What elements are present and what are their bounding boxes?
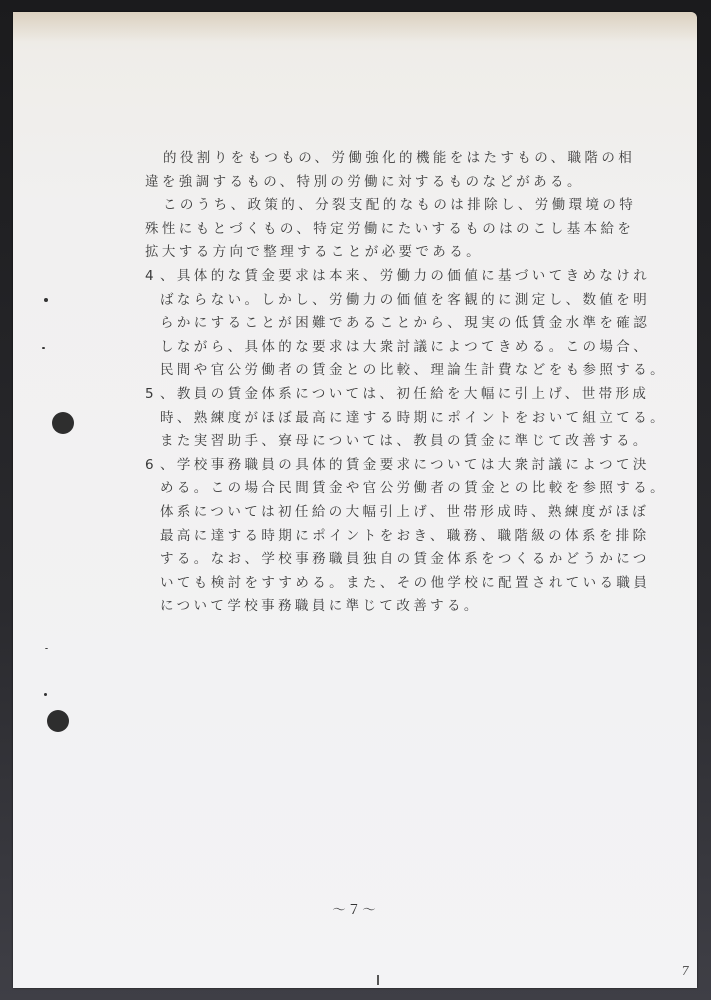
- text-line: らかにすることが困難であることから、現実の低賃金水準を確認: [145, 312, 665, 336]
- text-line: 最高に達する時期にポイントをおき、職務、職階級の体系を排除: [145, 525, 665, 549]
- text-line: ばならない。しかし、労働力の価値を客観的に測定し、数値を明: [145, 289, 665, 313]
- paper-speck: [44, 693, 47, 696]
- numbered-item-6: 6、学校事務職員の具体的賃金要求については大衆討議によつて決: [145, 454, 665, 478]
- text-line: 、学校事務職員の具体的賃金要求については大衆討議によつて決: [160, 457, 650, 473]
- text-line: また実習助手、寮母については、教員の賃金に準じて改善する。: [145, 430, 665, 454]
- text-line: いても検討をすすめる。また、その他学校に配置されている職員: [145, 572, 665, 596]
- text-line: 殊性にもとづくもの、特定労働にたいするものはのこし基本給を: [145, 218, 665, 242]
- paper-speck: [45, 648, 48, 649]
- text-line: める。この場合民間賃金や官公労働者の賃金との比較を参照する。: [145, 477, 665, 501]
- text-line: 違を強調するもの、特別の労働に対するものなどがある。: [145, 171, 665, 195]
- text-line: について学校事務職員に準じて改善する。: [145, 595, 665, 619]
- paper-speck: [44, 298, 48, 302]
- text-line: 拡大する方向で整理することが必要である。: [145, 241, 665, 265]
- item-number: 5: [145, 383, 160, 407]
- corner-page-mark: 7: [681, 964, 689, 978]
- numbered-item-5: 5、教員の賃金体系については、初任給を大幅に引上げ、世帯形成: [145, 383, 665, 407]
- text-line: 、教員の賃金体系については、初任給を大幅に引上げ、世帯形成: [160, 386, 649, 402]
- text-line: このうち、政策的、分裂支配的なものは排除し、労働環境の特: [145, 194, 665, 218]
- page-number: ～７～: [13, 899, 697, 918]
- text-line: しながら、具体的な要求は大衆討議によつてきめる。この場合、: [145, 336, 665, 360]
- punch-hole: [47, 710, 69, 732]
- text-line: する。なお、学校事務職員独自の賃金体系をつくるかどうかにつ: [145, 548, 665, 572]
- document-body: 的役割りをもつもの、労働強化的機能をはたすもの、職階の相 違を強調するもの、特別…: [145, 147, 665, 619]
- item-number: 6: [145, 454, 160, 478]
- text-line: 体系については初任給の大幅引上げ、世帯形成時、熟練度がほぼ: [145, 501, 665, 525]
- punch-hole: [52, 412, 74, 434]
- text-line: 的役割りをもつもの、労働強化的機能をはたすもの、職階の相: [145, 147, 665, 171]
- item-number: 4: [145, 265, 160, 289]
- text-line: 時、熟練度がほぼ最高に達する時期にポイントをおいて組立てる。: [145, 407, 665, 431]
- pencil-mark: [377, 975, 379, 985]
- document-page: 的役割りをもつもの、労働強化的機能をはたすもの、職階の相 違を強調するもの、特別…: [13, 12, 697, 988]
- paper-speck: [42, 347, 45, 349]
- text-line: 、具体的な賃金要求は本来、労働力の価値に基づいてきめなけれ: [160, 268, 650, 284]
- numbered-item-4: 4、具体的な賃金要求は本来、労働力の価値に基づいてきめなけれ: [145, 265, 665, 289]
- text-line: 民間や官公労働者の賃金との比較、理論生計費などをも参照する。: [145, 359, 665, 383]
